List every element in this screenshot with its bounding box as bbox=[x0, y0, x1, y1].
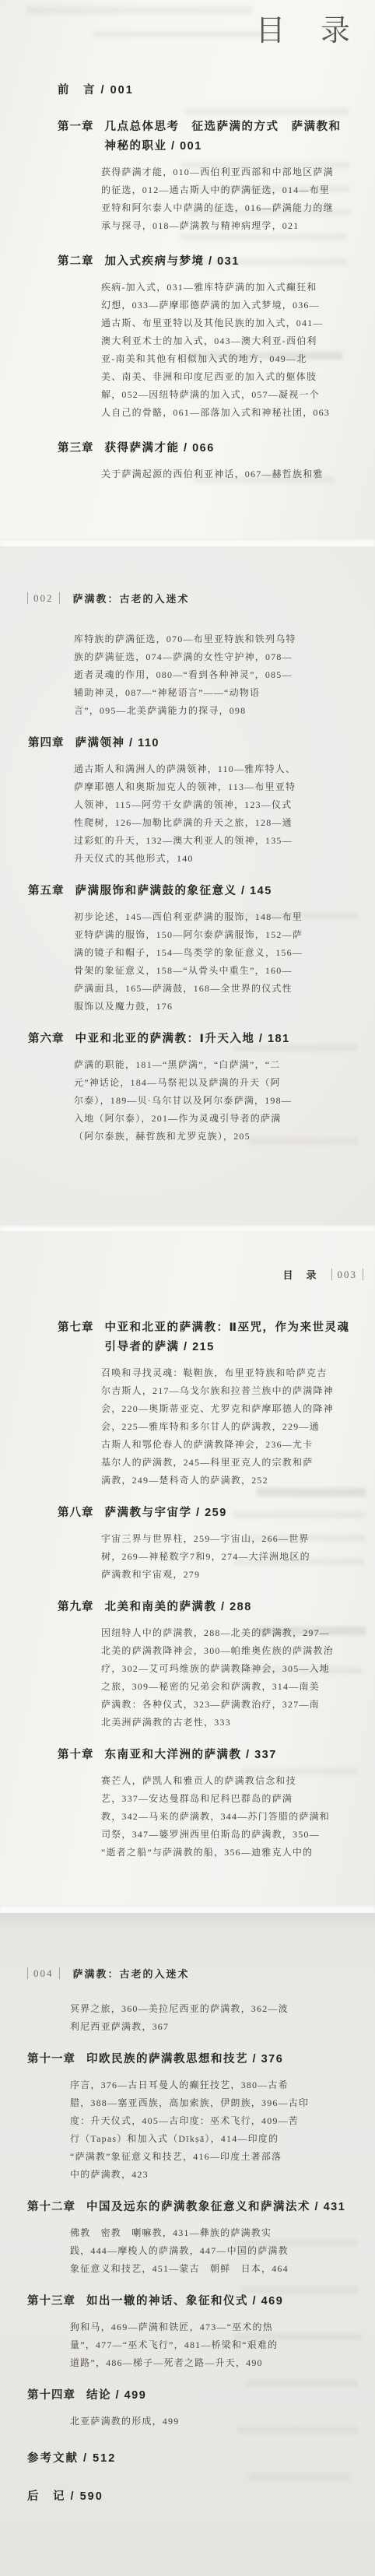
subtopic-line: 利尼西亚萨满教，367 bbox=[70, 2018, 375, 2036]
toc-front-matter-entry: 后 记 / 590 bbox=[27, 2487, 375, 2507]
chapter-subtopics: 因纽特人中的萨满教，288—北美的萨满教，297—北美的萨满教降神会，300—帕… bbox=[101, 1624, 375, 1732]
chapter-number: 第四章 bbox=[28, 734, 65, 753]
subtopic-line: 族的萨满征选，074—萨满的女性守护神，078— bbox=[74, 648, 375, 666]
subtopic-line: “萨满教”象征意义和技艺，416—印度土著部落 bbox=[70, 2148, 375, 2166]
subtopic-line: 践，444—摩梭人的萨满教，447—中国的萨满教 bbox=[70, 2242, 375, 2260]
chapter-title-line: 几点总体思考 征选萨满的方式 萨满教和 bbox=[105, 118, 342, 137]
subtopic-line: 满教，249—楚科奇人的萨满教，252 bbox=[101, 1472, 375, 1490]
chapter-heading: 第十三章如出一辙的神话、象征和仪式 / 469 bbox=[27, 2292, 375, 2311]
chapter-title-line: 结论 / 499 bbox=[86, 2386, 146, 2406]
folio-divider bbox=[59, 592, 60, 604]
subtopic-line: 尔泰），189—贝·乌尔甘以及阿尔泰萨满，198— bbox=[74, 1092, 375, 1110]
page-separator bbox=[0, 1225, 375, 1231]
subtopic-line: 萨满面具，165—萨满鼓，168—全世界的仪式性 bbox=[74, 980, 375, 998]
chapter-subtopics: 召唤和寻找灵魂：鞑靼族，布里亚特族和哈萨克吉尔吉斯人，217—乌戈尔族和拉普兰族… bbox=[101, 1364, 375, 1490]
chapter-heading: 第八章萨满教与宇宙学 / 259 bbox=[58, 1504, 375, 1523]
subtopic-line: 初步论述，145—西伯利亚萨满的服饰，148—布里 bbox=[74, 908, 375, 926]
chapter-title-line: 中国及远东的萨满教象征意义和萨满法术 / 431 bbox=[86, 2198, 345, 2217]
chapter-number: 第三章 bbox=[58, 439, 94, 458]
chapter-heading: 第二章加入式疾病与梦境 / 031 bbox=[58, 252, 375, 272]
subtopic-line: 关于萨满起源的西伯利亚神话，067—赫哲族和雅 bbox=[101, 465, 375, 483]
running-header: 002萨满教：古老的入迷术 bbox=[22, 591, 190, 605]
subtopic-line: 道路”，486—梯子—死者之路—升天，490 bbox=[70, 2354, 375, 2372]
subtopic-line: 澳大利亚术士的加入式，043—澳大利亚-西伯利 bbox=[101, 332, 375, 350]
subtopic-line: 萨满教和宇宙观，279 bbox=[101, 1566, 375, 1584]
chapter-title-line: 印欧民族的萨满教思想和技艺 / 376 bbox=[86, 2050, 283, 2069]
subtopic-line: （阿尔泰族，赫哲族和尤罗克族），205 bbox=[74, 1128, 375, 1146]
subtopic-line: 象征意义和技艺，451—蒙古 朝鲜 日本，464 bbox=[70, 2260, 375, 2278]
chapter-heading: 第九章北美和南美的萨满教 / 288 bbox=[58, 1598, 375, 1617]
chapter-title: 萨满领神 / 110 bbox=[75, 734, 159, 753]
subtopic-line: 冥界之旅，360—美拉尼西亚的萨满教，362—波 bbox=[70, 2000, 375, 2018]
toc-chapter-entry: 第二章加入式疾病与梦境 / 031疾病-加入式，031—雅库特萨满的加入式癫狂和… bbox=[58, 252, 375, 422]
chapter-heading: 第三章获得萨满才能 / 066 bbox=[58, 439, 375, 458]
page-separator bbox=[0, 1905, 375, 1913]
subtopic-line: 通古斯、布里亚特以及其他民族的加入式，041— bbox=[101, 314, 375, 332]
subtopic-line: 之旅，309—秘密的兄弟会和萨满教，314—南美 bbox=[101, 1678, 375, 1696]
running-header: 目 录003 bbox=[282, 1267, 369, 1282]
chapter-number: 第十章 bbox=[58, 1746, 94, 1765]
subtopic-line: 人自己的骨骼，061—部落加入式和神秘社团，063 bbox=[101, 404, 375, 422]
subtopic-line: 基尔人的萨满教，245—科里亚克人的宗教和萨 bbox=[101, 1454, 375, 1472]
subtopic-line: 教，342—马来的萨满教，344—苏门答腊的萨满和 bbox=[101, 1808, 375, 1826]
subtopic-line: 骨架的象征意义，158—“从骨头中重生”，160— bbox=[74, 962, 375, 980]
chapter-title-line: 萨满领神 / 110 bbox=[75, 734, 159, 753]
toc-page-1: 目 录 前 言 / 001第一章几点总体思考 征选萨满的方式 萨满教和神秘的职业… bbox=[0, 0, 375, 539]
subtopic-line: 辅助神灵，087—“神秘语言”——“动物语 bbox=[74, 684, 375, 702]
subtopic-line: 北亚萨满教的形成，499 bbox=[70, 2413, 375, 2430]
chapter-title: 结论 / 499 bbox=[86, 2386, 146, 2406]
toc-chapter-entry: 第一章几点总体思考 征选萨满的方式 萨满教和神秘的职业 / 001获得萨满才能，… bbox=[58, 118, 375, 235]
chapter-title-line: 如出一辙的神话、象征和仪式 / 469 bbox=[86, 2292, 283, 2311]
subtopic-line: 召唤和寻找灵魂：鞑靼族，布里亚特族和哈萨克吉 bbox=[101, 1364, 375, 1382]
chapter-title: 北美和南美的萨满教 / 288 bbox=[105, 1598, 252, 1617]
subtopic-line: 度：升天仪式，405—古印度：巫术飞行，409—苦 bbox=[70, 2112, 375, 2130]
subtopic-line: “逝者之船”与萨满教的船，356—迪雅克人中的 bbox=[101, 1844, 375, 1862]
chapter-subtopics: 萨满的职能，181—“黑萨满”，“白萨满”，“二元”神话论，184—马祭祀以及萨… bbox=[74, 1056, 375, 1146]
toc-page-3: 第七章中亚和北亚的萨满教：Ⅱ巫咒，作为来世灵魂引导者的萨满 / 215召唤和寻找… bbox=[0, 1231, 375, 1905]
folio-divider bbox=[59, 1967, 60, 1979]
subtopic-line: 量”，477—“巫术飞行”，481—桥梁和“艰难的 bbox=[70, 2336, 375, 2354]
subtopic-line: 行（Tapas）和加入式（Dīkṣā），414—印度的 bbox=[70, 2130, 375, 2148]
toc-chapter-entry: 第十四章结论 / 499北亚萨满教的形成，499 bbox=[27, 2386, 375, 2430]
subtopic-line: 通古斯人和满洲人的萨满领神，110—雅库特人、 bbox=[74, 760, 375, 778]
subtopic-line: 萨满的职能，181—“黑萨满”，“白萨满”，“二 bbox=[74, 1056, 375, 1074]
chapter-subtopics: 通古斯人和满洲人的萨满领神，110—雅库特人、萨摩耶德人和奥斯加克人的领神，11… bbox=[74, 760, 375, 868]
folio-divider bbox=[27, 1967, 28, 1979]
folio-number: 003 bbox=[338, 1269, 358, 1281]
toc-chapter-entry: 第十二章中国及远东的萨满教象征意义和萨满法术 / 431佛教 密教 喇嘛教，43… bbox=[27, 2198, 375, 2278]
subtopic-line: 会，220—奥斯蒂亚克、尤罗克和萨摩耶德人的降神 bbox=[101, 1400, 375, 1418]
chapter-title-line: 萨满服饰和萨满鼓的象征意义 / 145 bbox=[75, 882, 272, 901]
toc-chapter-entry: 第六章中亚和北亚的萨满教：Ⅰ升天入地 / 181萨满的职能，181—“黑萨满”，… bbox=[28, 1030, 375, 1146]
scanned-toc-photo: { "doc_title": "目 录", "book_title": "萨满教… bbox=[0, 0, 375, 2576]
subtopic-line: 北美洲萨满教的古老性，333 bbox=[101, 1714, 375, 1732]
chapter-title-line: 中亚和北亚的萨满教：Ⅱ巫咒，作为来世灵魂 bbox=[105, 1318, 350, 1338]
toc-chapter-entry: 第十三章如出一辙的神话、象征和仪式 / 469狗和马，469—萨满和铁匠，473… bbox=[27, 2292, 375, 2372]
subtopic-line: 萨摩耶德人和奥斯加克人的领神，113—布里亚特 bbox=[74, 778, 375, 796]
subtopic-line: 幻想，033—萨摩耶德萨满的加入式梦境，036— bbox=[101, 297, 375, 314]
chapter-subtopics: 赛芒人，萨凯人和雅贡人的萨满教信念和技艺，337—安达曼群岛和尼科巴群岛的萨满教… bbox=[101, 1772, 375, 1862]
folio-number: 004 bbox=[33, 1967, 54, 1980]
subtopic-line: 佛教 密教 喇嘛教，431—彝族的萨满教实 bbox=[70, 2224, 375, 2242]
subtopic-line: 性爬树，126—加勒比萨满的升天之旅，128—通 bbox=[74, 814, 375, 832]
chapter-title-line: 中亚和北亚的萨满教：Ⅰ升天入地 / 181 bbox=[75, 1030, 290, 1049]
page-separator bbox=[0, 539, 375, 546]
chapter-title-line: 加入式疾病与梦境 / 031 bbox=[105, 252, 240, 272]
subtopic-line: 入地（阿尔泰），201—作为灵魂引导者的萨满 bbox=[74, 1110, 375, 1128]
subtopic-line: 萨满教：各种仪式，323—萨满教治疗，327—南 bbox=[101, 1696, 375, 1714]
chapter-number: 第六章 bbox=[28, 1030, 65, 1049]
subtopic-line: 言”，095—北美萨满能力的探寻，098 bbox=[74, 702, 375, 720]
subtopic-line: 北美的萨满教降神会，300—帕维奥佐族的萨满教治 bbox=[101, 1642, 375, 1660]
chapter-title: 萨满服饰和萨满鼓的象征意义 / 145 bbox=[75, 882, 272, 901]
chapter-title-line: 引导者的萨满 / 215 bbox=[105, 1338, 350, 1357]
chapter-heading: 第六章中亚和北亚的萨满教：Ⅰ升天入地 / 181 bbox=[28, 1030, 375, 1049]
subtopic-line: 宇宙三界与世界柱，259—宇宙山，266—世界 bbox=[101, 1530, 375, 1548]
subtopic-line: 中的萨满教，423 bbox=[70, 2166, 375, 2184]
subtopic-line: 承与探寻，018—萨满教与精神病理学，021 bbox=[101, 217, 375, 235]
running-title: 萨满教：古老的入迷术 bbox=[73, 1966, 190, 1981]
chapter-title: 东南亚和大洋洲的萨满教 / 337 bbox=[105, 1746, 277, 1765]
subtopic-line: 元”神话论，184—马祭祀以及萨满的升天（阿 bbox=[74, 1074, 375, 1092]
chapter-subtopics: 佛教 密教 喇嘛教，431—彝族的萨满教实践，444—摩梭人的萨满教，447—中… bbox=[70, 2224, 375, 2278]
chapter-title: 加入式疾病与梦境 / 031 bbox=[105, 252, 240, 272]
toc-page-2-content: 库特族的萨满征选，070—布里亚特族和铁列乌特族的萨满征选，074—萨满的女性守… bbox=[0, 546, 375, 1225]
chapter-heading: 第十四章结论 / 499 bbox=[27, 2386, 375, 2406]
chapter-number: 第八章 bbox=[58, 1504, 94, 1523]
chapter-number: 第七章 bbox=[58, 1318, 94, 1338]
toc-page-4-content: 冥界之旅，360—美拉尼西亚的萨满教，362—波利尼西亚萨满教，367第十一章印… bbox=[0, 1913, 375, 2576]
chapter-heading: 第十二章中国及远东的萨满教象征意义和萨满法术 / 431 bbox=[27, 2198, 375, 2217]
chapter-number: 第一章 bbox=[58, 118, 94, 137]
subtopic-line: 美、南美、非洲和印度尼西亚的加入式的躯体肢 bbox=[101, 368, 375, 386]
toc-chapter-entry: 第三章获得萨满才能 / 066关于萨满起源的西伯利亚神话，067—赫哲族和雅 bbox=[58, 439, 375, 483]
continued-subtopics: 库特族的萨满征选，070—布里亚特族和铁列乌特族的萨满征选，074—萨满的女性守… bbox=[74, 630, 375, 720]
subtopic-line: 树，269—神秘数字7和9，274—大洋洲地区的 bbox=[101, 1548, 375, 1566]
toc-front-matter-entry: 参考文献 / 512 bbox=[27, 2449, 375, 2469]
running-title: 目 录 bbox=[282, 1267, 317, 1282]
subtopic-line: 尔吉斯人，217—乌戈尔族和拉普兰族中的萨满降神 bbox=[101, 1382, 375, 1400]
chapter-subtopics: 北亚萨满教的形成，499 bbox=[70, 2413, 375, 2430]
subtopic-line: 因纽特人中的萨满教，288—北美的萨满教，297— bbox=[101, 1624, 375, 1642]
subtopic-line: 亚特萨满的服饰，150—阿尔泰萨满服饰，152—萨 bbox=[74, 926, 375, 944]
subtopic-line: 艺，337—安达曼群岛和尼科巴群岛的萨满 bbox=[101, 1790, 375, 1808]
toc-page-2: 库特族的萨满征选，070—布里亚特族和铁列乌特族的萨满征选，074—萨满的女性守… bbox=[0, 546, 375, 1225]
chapter-title: 中国及远东的萨满教象征意义和萨满法术 / 431 bbox=[86, 2198, 345, 2217]
chapter-number: 第二章 bbox=[58, 252, 94, 272]
toc-page-1-content: 前 言 / 001第一章几点总体思考 征选萨满的方式 萨满教和神秘的职业 / 0… bbox=[0, 0, 375, 539]
subtopic-line: 亚特和阿尔泰人中萨满的征选，016—萨满能力的继 bbox=[101, 199, 375, 217]
folio-number: 002 bbox=[33, 592, 54, 605]
chapter-title: 中亚和北亚的萨满教：Ⅱ巫咒，作为来世灵魂引导者的萨满 / 215 bbox=[105, 1318, 350, 1357]
chapter-title: 印欧民族的萨满教思想和技艺 / 376 bbox=[86, 2050, 283, 2069]
chapter-title-line: 东南亚和大洋洲的萨满教 / 337 bbox=[105, 1746, 277, 1765]
toc-chapter-entry: 第七章中亚和北亚的萨满教：Ⅱ巫咒，作为来世灵魂引导者的萨满 / 215召唤和寻找… bbox=[58, 1318, 375, 1490]
subtopic-line: 狗和马，469—萨满和铁匠，473—“巫术的热 bbox=[70, 2318, 375, 2336]
folio-divider bbox=[331, 1269, 332, 1280]
toc-front-matter-entry: 前 言 / 001 bbox=[58, 81, 375, 100]
chapter-number: 第五章 bbox=[28, 882, 65, 901]
toc-chapter-entry: 第八章萨满教与宇宙学 / 259宇宙三界与世界柱，259—宇宙山，266—世界树… bbox=[58, 1504, 375, 1584]
chapter-title: 几点总体思考 征选萨满的方式 萨满教和神秘的职业 / 001 bbox=[105, 118, 342, 156]
continued-subtopics: 冥界之旅，360—美拉尼西亚的萨满教，362—波利尼西亚萨满教，367 bbox=[70, 2000, 375, 2036]
subtopic-line: 司祭，347—婆罗洲西里伯斯岛的萨满教，350— bbox=[101, 1826, 375, 1844]
folio-divider bbox=[363, 1269, 363, 1280]
subtopic-line: 人领神，115—阿劳干女萨满的领神，123—仪式 bbox=[74, 796, 375, 814]
chapter-title-line: 神秘的职业 / 001 bbox=[105, 137, 342, 156]
subtopic-line: 解，052—因纽特萨满的加入式，057—凝视一个 bbox=[101, 386, 375, 404]
subtopic-line: 的征选，012—通古斯人中的萨满征选，014—布里 bbox=[101, 181, 375, 199]
chapter-subtopics: 狗和马，469—萨满和铁匠，473—“巫术的热量”，477—“巫术飞行”，481… bbox=[70, 2318, 375, 2372]
running-title: 萨满教：古老的入迷术 bbox=[73, 591, 190, 605]
subtopic-line: 序言，376—古日耳曼人的癫狂技艺，380—古希 bbox=[70, 2076, 375, 2094]
toc-chapter-entry: 第十章东南亚和大洋洲的萨满教 / 337赛芒人，萨凯人和雅贡人的萨满教信念和技艺… bbox=[58, 1746, 375, 1862]
chapter-heading: 第五章萨满服饰和萨满鼓的象征意义 / 145 bbox=[28, 882, 375, 901]
running-header: 004萨满教：古老的入迷术 bbox=[22, 1966, 190, 1981]
chapter-number: 第十一章 bbox=[27, 2050, 75, 2069]
toc-chapter-entry: 第九章北美和南美的萨满教 / 288因纽特人中的萨满教，288—北美的萨满教，2… bbox=[58, 1598, 375, 1732]
chapter-subtopics: 宇宙三界与世界柱，259—宇宙山，266—世界树，269—神秘数字7和9，274… bbox=[101, 1530, 375, 1584]
subtopic-line: 赛芒人，萨凯人和雅贡人的萨满教信念和技 bbox=[101, 1772, 375, 1790]
subtopic-line: 会，225—雅库特和多尔甘人的萨满教，229—通 bbox=[101, 1418, 375, 1436]
chapter-subtopics: 获得萨满才能，010—西伯利亚西部和中部地区萨满的征选，012—通古斯人中的萨满… bbox=[101, 163, 375, 235]
chapter-number: 第十三章 bbox=[27, 2292, 75, 2311]
subtopic-line: 升天仪式的其他形式，140 bbox=[74, 850, 375, 868]
toc-chapter-entry: 第四章萨满领神 / 110通古斯人和满洲人的萨满领神，110—雅库特人、萨摩耶德… bbox=[28, 734, 375, 868]
subtopic-line: 腊，388—塞亚西族，高加索族，伊朗族，396—古印 bbox=[70, 2094, 375, 2112]
chapter-heading: 第一章几点总体思考 征选萨满的方式 萨满教和神秘的职业 / 001 bbox=[58, 118, 375, 156]
chapter-subtopics: 疾病-加入式，031—雅库特萨满的加入式癫狂和幻想，033—萨摩耶德萨满的加入式… bbox=[101, 279, 375, 422]
subtopic-line: 库特族的萨满征选，070—布里亚特族和铁列乌特 bbox=[74, 630, 375, 648]
subtopic-line: 服饰以及魔力鼓，176 bbox=[74, 998, 375, 1016]
chapter-heading: 第十章东南亚和大洋洲的萨满教 / 337 bbox=[58, 1746, 375, 1765]
chapter-title-line: 获得萨满才能 / 066 bbox=[105, 439, 215, 458]
chapter-subtopics: 关于萨满起源的西伯利亚神话，067—赫哲族和雅 bbox=[101, 465, 375, 483]
subtopic-line: 古斯人和鄂伦春人的萨满教降神会，236—尤卡 bbox=[101, 1436, 375, 1454]
chapter-title: 中亚和北亚的萨满教：Ⅰ升天入地 / 181 bbox=[75, 1030, 290, 1049]
chapter-heading: 第七章中亚和北亚的萨满教：Ⅱ巫咒，作为来世灵魂引导者的萨满 / 215 bbox=[58, 1318, 375, 1357]
chapter-title: 获得萨满才能 / 066 bbox=[105, 439, 215, 458]
subtopic-line: 疗，302—艾可玛维族的萨满教降神会，305—入地 bbox=[101, 1660, 375, 1678]
chapter-title-line: 萨满教与宇宙学 / 259 bbox=[105, 1504, 227, 1523]
chapter-title: 萨满教与宇宙学 / 259 bbox=[105, 1504, 227, 1523]
toc-page-4: 冥界之旅，360—美拉尼西亚的萨满教，362—波利尼西亚萨满教，367第十一章印… bbox=[0, 1913, 375, 2576]
subtopic-line: 疾病-加入式，031—雅库特萨满的加入式癫狂和 bbox=[101, 279, 375, 297]
chapter-title-line: 北美和南美的萨满教 / 288 bbox=[105, 1598, 252, 1617]
subtopic-line: 逝者灵魂的作用，080—“看到各种神灵”，085— bbox=[74, 666, 375, 684]
subtopic-line: 过彩虹的升天，132—澳大利亚人的领神，135— bbox=[74, 832, 375, 850]
chapter-number: 第九章 bbox=[58, 1598, 94, 1617]
subtopic-line: 亚-南美和其他有相似加入式的地方，049—北 bbox=[101, 350, 375, 368]
toc-page-3-content: 第七章中亚和北亚的萨满教：Ⅱ巫咒，作为来世灵魂引导者的萨满 / 215召唤和寻找… bbox=[0, 1231, 375, 1905]
toc-chapter-entry: 第十一章印欧民族的萨满教思想和技艺 / 376序言，376—古日耳曼人的癫狂技艺… bbox=[27, 2050, 375, 2184]
chapter-subtopics: 序言，376—古日耳曼人的癫狂技艺，380—古希腊，388—塞亚西族，高加索族，… bbox=[70, 2076, 375, 2184]
subtopic-line: 满的镜子和帽子，154—鸟类学的象征意义，156— bbox=[74, 944, 375, 962]
chapter-number: 第十二章 bbox=[27, 2198, 75, 2217]
chapter-heading: 第十一章印欧民族的萨满教思想和技艺 / 376 bbox=[27, 2050, 375, 2069]
folio-divider bbox=[27, 592, 28, 604]
chapter-number: 第十四章 bbox=[27, 2386, 75, 2406]
subtopic-line: 获得萨满才能，010—西伯利亚西部和中部地区萨满 bbox=[101, 163, 375, 181]
chapter-heading: 第四章萨满领神 / 110 bbox=[28, 734, 375, 753]
chapter-title: 如出一辙的神话、象征和仪式 / 469 bbox=[86, 2292, 283, 2311]
chapter-subtopics: 初步论述，145—西伯利亚萨满的服饰，148—布里亚特萨满的服饰，150—阿尔泰… bbox=[74, 908, 375, 1016]
toc-chapter-entry: 第五章萨满服饰和萨满鼓的象征意义 / 145初步论述，145—西伯利亚萨满的服饰… bbox=[28, 882, 375, 1016]
